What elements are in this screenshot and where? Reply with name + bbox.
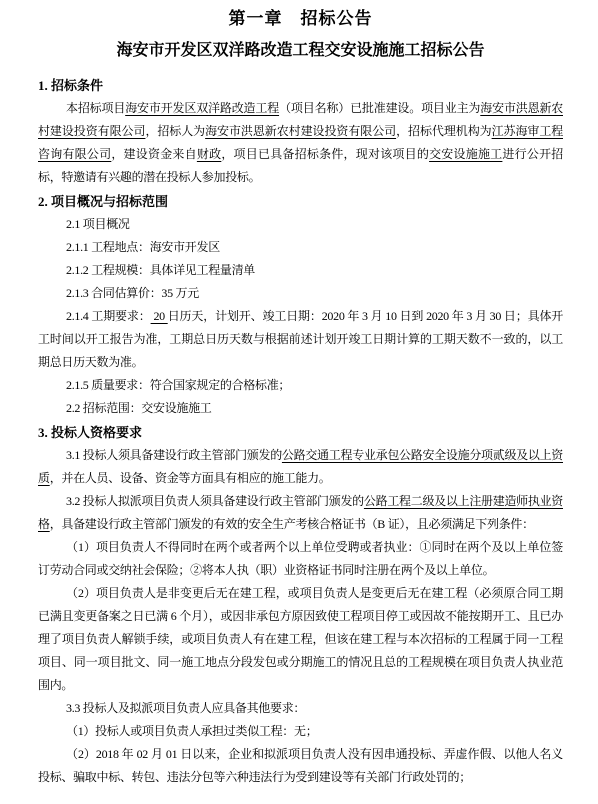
paragraph-3-1-qualification: 3.1 投标人须具备建设行政主管部门颁发的公路交通工程专业承包公路安全设施分项贰… <box>38 444 563 490</box>
plain-text: 本招标项目 <box>66 101 125 115</box>
section-bidder-qualifications: 3. 投标人资格要求 3.1 投标人须具备建设行政主管部门颁发的公路交通工程专业… <box>38 421 563 789</box>
plain-text: （2）项目负责人是非变更后无在建工程，或项目负责人是变更后无在建工程（必须原合同… <box>38 586 563 692</box>
paragraph-2-1-1-location: 2.1.1 工程地点：海安市开发区 <box>38 236 563 259</box>
underlined-text: 财政 <box>197 147 221 161</box>
paragraph-2-1-5-quality: 2.1.5 质量要求：符合国家规定的合格标准； <box>38 374 563 397</box>
paragraph-2-1-4-schedule: 2.1.4 工期要求： 20 日历天，计划开、竣工日期：2020 年 3 月 1… <box>38 305 563 374</box>
underlined-text: 海安市洪恩新农村建设投资有限公司 <box>205 124 396 138</box>
plain-text: 2.1.4 工期要求： <box>66 309 151 323</box>
chapter-title: 第一章 招标公告 <box>38 7 563 31</box>
plain-text: ，招标代理机构为 <box>396 124 492 138</box>
paragraph-3-2-item-1: （1）项目负责人不得同时在两个或者两个以上单位受聘或者执业：①同时在两个及以上单… <box>38 536 563 582</box>
plain-text: 2.2 招标范围：交安设施施工 <box>66 401 212 415</box>
underlined-text: 海安市开发区双洋路改造工程 <box>125 101 279 115</box>
plain-text: ，建设资金来自 <box>111 147 197 161</box>
plain-text: 3.3 投标人及拟派项目负责人应具备其他要求： <box>66 701 305 715</box>
plain-text: 3.1 投标人须具备建设行政主管部门颁发的 <box>66 448 282 462</box>
section-project-overview: 2. 项目概况与招标范围 2.1 项目概况 2.1.1 工程地点：海安市开发区 … <box>38 190 563 420</box>
document-title: 海安市开发区双洋路改造工程交安设施施工招标公告 <box>38 40 563 62</box>
plain-text: 2.1.3 合同估算价：35 万元 <box>66 286 199 300</box>
document-page: 第一章 招标公告 海安市开发区双洋路改造工程交安设施施工招标公告 1. 招标条件… <box>0 0 598 804</box>
paragraph-2-1-2-scale: 2.1.2 工程规模：具体详见工程量清单 <box>38 259 563 282</box>
plain-text: 2.1 项目概况 <box>66 217 130 231</box>
paragraph-2-1-3-contract-estimate: 2.1.3 合同估算价：35 万元 <box>38 282 563 305</box>
paragraph-3-2-item-2: （2）项目负责人是非变更后无在建工程，或项目负责人是变更后无在建工程（必须原合同… <box>38 582 563 697</box>
section-2-heading: 2. 项目概况与招标范围 <box>38 190 563 213</box>
plain-text: 2.1.1 工程地点：海安市开发区 <box>66 240 220 254</box>
plain-text: ，具备建设行政主管部门颁发的有效的安全生产考核合格证书（B 证），且必须满足下列… <box>50 517 534 531</box>
plain-text: 3.2 投标人拟派项目负责人须具备建设行政主管部门颁发的 <box>66 494 364 508</box>
plain-text: ，项目已具备招标条件，现对该项目的 <box>221 147 429 161</box>
plain-text: （项目名称）已批准建设。项目业主为 <box>279 101 480 115</box>
plain-text: （1）投标人或项目负责人承担过类似工程：无； <box>66 724 317 738</box>
paragraph-3-3-item-1: （1）投标人或项目负责人承担过类似工程：无； <box>38 720 563 743</box>
paragraph-2-1: 2.1 项目概况 <box>38 213 563 236</box>
paragraph-3-2-project-leader: 3.2 投标人拟派项目负责人须具备建设行政主管部门颁发的公路工程二级及以上注册建… <box>38 490 563 536</box>
underlined-text: 20 <box>151 309 168 323</box>
paragraph-3-3-item-2: （2）2018 年 02 月 01 日以来，企业和拟派项目负责人没有因串通投标、… <box>38 743 563 789</box>
section-3-heading: 3. 投标人资格要求 <box>38 421 563 444</box>
plain-text: ，并在人员、设备、资金等方面具有相应的施工能力。 <box>50 471 331 485</box>
underlined-text: 交安设施施工 <box>429 147 502 161</box>
paragraph-tender-conditions: 本招标项目海安市开发区双洋路改造工程（项目名称）已批准建设。项目业主为海安市洪恩… <box>38 97 563 189</box>
paragraph-2-2-scope: 2.2 招标范围：交安设施施工 <box>38 397 563 420</box>
plain-text: 2.1.5 质量要求：符合国家规定的合格标准； <box>66 378 290 392</box>
plain-text: 2.1.2 工程规模：具体详见工程量清单 <box>66 263 255 277</box>
plain-text: （2）2018 年 02 月 01 日以来，企业和拟派项目负责人没有因串通投标、… <box>38 747 563 784</box>
section-1-heading: 1. 招标条件 <box>38 74 563 97</box>
section-tender-conditions: 1. 招标条件 本招标项目海安市开发区双洋路改造工程（项目名称）已批准建设。项目… <box>38 74 563 189</box>
plain-text: （1）项目负责人不得同时在两个或者两个以上单位受聘或者执业：①同时在两个及以上单… <box>38 540 563 577</box>
plain-text: ，招标人为 <box>145 124 205 138</box>
paragraph-3-3-other-requirements: 3.3 投标人及拟派项目负责人应具备其他要求： <box>38 697 563 720</box>
